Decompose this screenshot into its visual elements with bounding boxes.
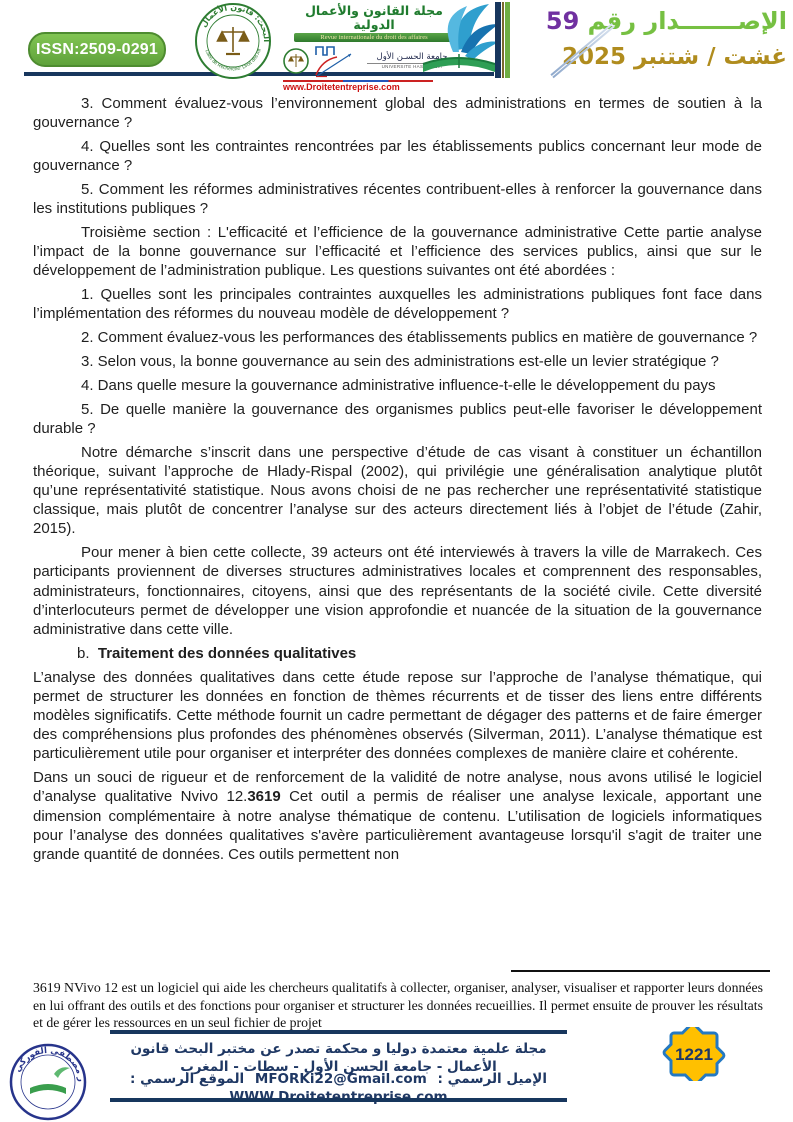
question-paragraph: 1. Quelles sont les principales contrain… [33,285,762,323]
footer-top-line [110,1030,567,1034]
nvivo-paragraph: Dans un souci de rigueur et de renforcem… [33,768,762,864]
methodology-paragraph: Notre démarche s’inscrit dans une perspe… [33,443,762,539]
statistics-chart-icon [313,44,355,78]
collection-paragraph: Pour mener à bien cette collecte, 39 act… [33,543,762,639]
issue-number: 59 [544,7,579,35]
bird-book-logo-icon [413,2,501,80]
issn-text: ISSN:2509-0291 [36,41,158,59]
issue-label-arabic: الإصـــــــدار رقم [588,7,787,35]
subsection-heading: b. Traitement des données qualitatives [33,644,762,663]
question-paragraph: 4. Dans quelle mesure la gouvernance adm… [33,376,762,395]
question-paragraph: 4. Quelles sont les contraintes rencontr… [33,137,762,175]
page-number-text: 1221 [675,1045,713,1064]
section-intro-paragraph: Troisième section : L'efficacité et l’ef… [33,223,762,281]
issue-months-arabic: غشت / شتنبر [634,44,787,70]
header-vertical-bars [495,2,510,78]
question-paragraph: 5. Comment les réformes administratives … [33,180,762,218]
site-label: الموقع الرسمي : [127,1071,247,1087]
question-paragraph: 3. Comment évaluez-vous l’environnement … [33,94,762,132]
footer-bottom-line [110,1098,567,1102]
footnote-separator-line [511,970,770,972]
email-label: الإميل الرسمي : [434,1071,549,1087]
issue-number-line: الإصـــــــدار رقم 59 [515,6,787,36]
issn-badge: ISSN:2509-0291 [28,32,166,67]
mini-seal-icon [283,48,309,74]
email-address: MFORKi22@Gmail.com [252,1071,430,1087]
question-paragraph: 3. Selon vous, la bonne gouvernance au s… [33,352,762,371]
page-number-badge: 1221 [662,1027,726,1081]
doctor-stamp-icon: الدكتور مصطفى الفوركي [8,1042,88,1122]
question-paragraph: 5. De quelle manière la gouvernance des … [33,400,762,438]
journal-website-text: www.Droitetentreprise.com [283,80,433,92]
document-page: ISSN:2509-0291 مختبر البحث: قانون الأعما… [0,0,793,1122]
footnote-reference: 3619 [247,788,280,805]
site-url: WWW.Droitetentreprise.com [226,1089,450,1105]
lab-seal-icon: مختبر البحث: قانون الأعمال Labo de Reche… [194,2,272,80]
footnote-text: 3619 NVivo 12 est un logiciel qui aide l… [33,979,763,1032]
question-paragraph: 2. Comment évaluez-vous les performances… [33,328,762,347]
article-body: 3. Comment évaluez-vous l’environnement … [33,94,762,869]
issue-date-line: غشت / شتنبر 2025 [515,42,787,72]
analysis-paragraph: L’analyse des données qualitatives dans … [33,668,762,764]
